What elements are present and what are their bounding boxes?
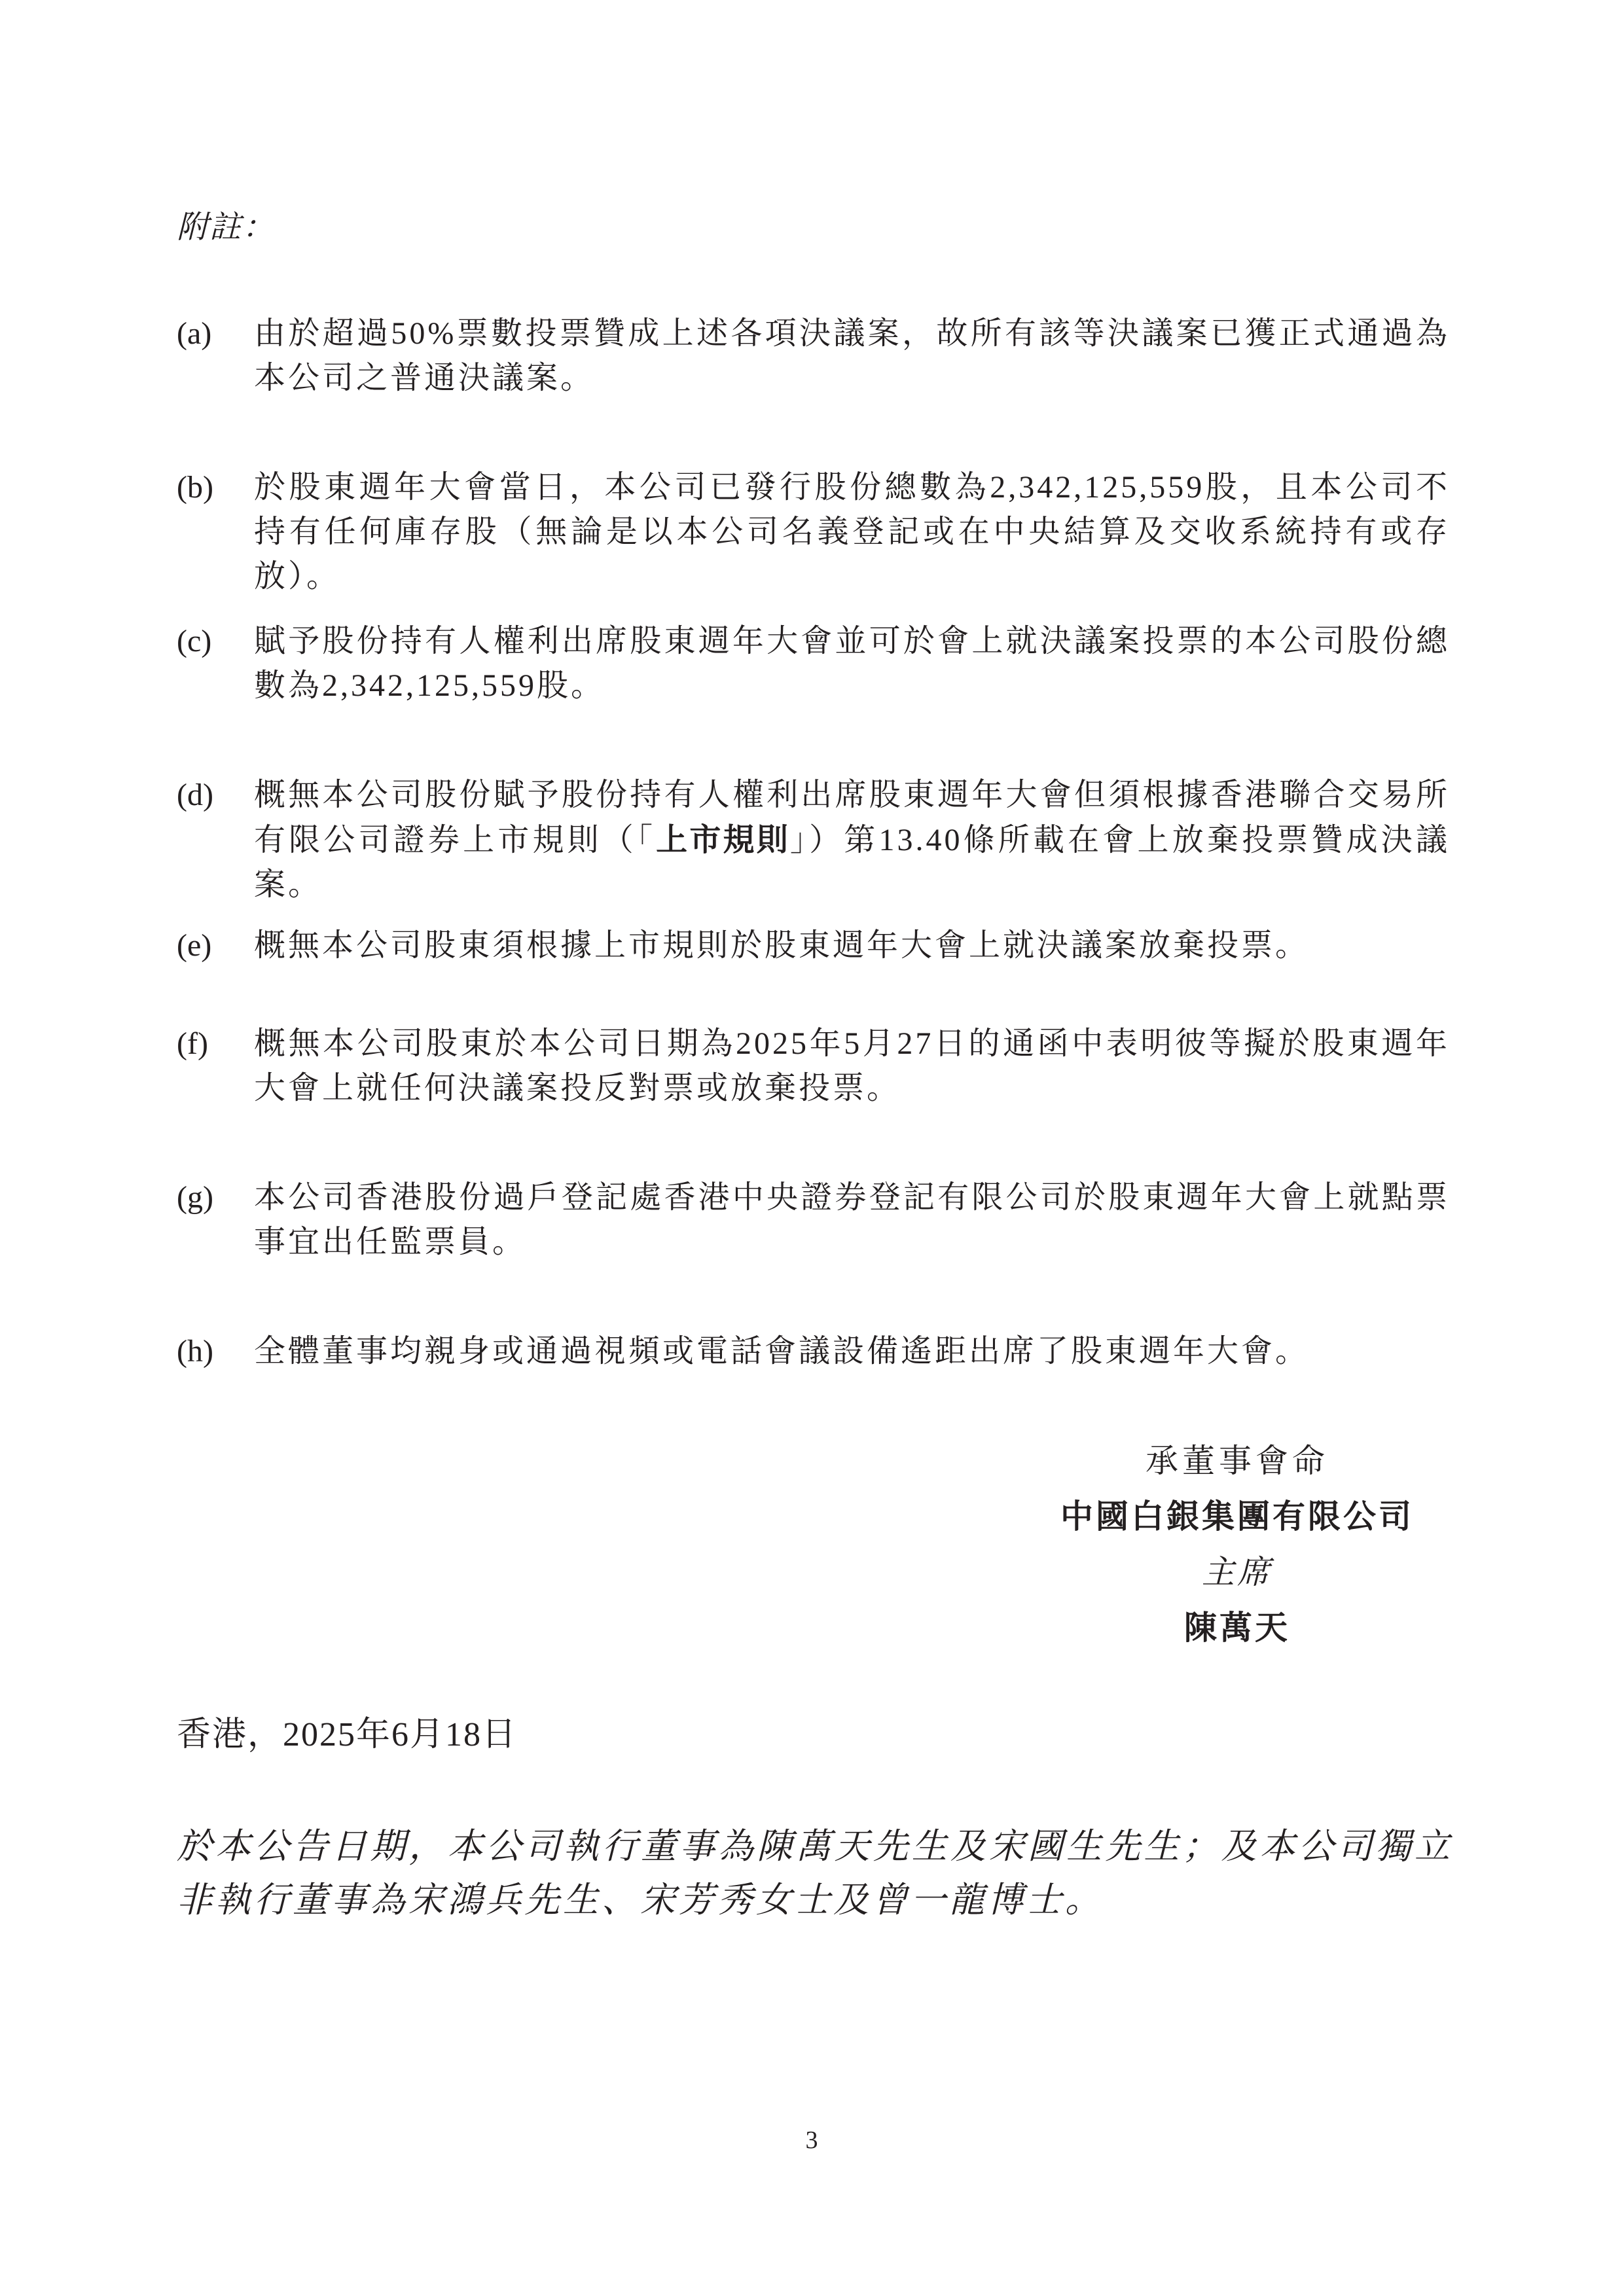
signature-company: 中國白銀集團有限公司 (1021, 1489, 1453, 1545)
note-label: (a) (177, 312, 249, 356)
note-label: (h) (177, 1329, 249, 1374)
signature-block: 承董事會命 中國白銀集團有限公司 主席 陳萬天 (1021, 1433, 1453, 1656)
note-label: (d) (177, 773, 249, 817)
signature-by-order: 承董事會命 (1021, 1433, 1453, 1489)
note-text: 全體董事均親身或通過視頻或電話會議設備遙距出席了股東週年大會。 (254, 1329, 1450, 1374)
note-item-f: (f) 概無本公司股東於本公司日期為2025年5月27日的通函中表明彼等擬於股東… (177, 1022, 1450, 1111)
defined-term-listing-rules: 上市規則 (656, 821, 790, 858)
note-text: 賦予股份持有人權利出席股東週年大會並可於會上就決議案投票的本公司股份總數為2,3… (254, 619, 1450, 708)
note-item-g: (g) 本公司香港股份過戶登記處香港中央證券登記有限公司於股東週年大會上就點票事… (177, 1175, 1450, 1265)
note-item-b: (b) 於股東週年大會當日，本公司已發行股份總數為2,342,125,559股，… (177, 465, 1450, 599)
note-text: 由於超過50%票數投票贊成上述各項決議案，故所有該等決議案已獲正式通過為本公司之… (254, 312, 1450, 401)
note-item-e: (e) 概無本公司股東須根據上市規則於股東週年大會上就決議案放棄投票。 (177, 924, 1450, 968)
notes-heading: 附註： (177, 208, 275, 247)
note-label: (g) (177, 1175, 249, 1220)
signature-name: 陳萬天 (1021, 1600, 1453, 1656)
place-date: 香港，2025年6月18日 (177, 1713, 517, 1757)
note-text: 概無本公司股份賦予股份持有人權利出席股東週年大會但須根據香港聯合交易所有限公司證… (254, 773, 1450, 907)
note-label: (f) (177, 1022, 249, 1066)
note-label: (e) (177, 924, 249, 968)
note-item-d: (d) 概無本公司股份賦予股份持有人權利出席股東週年大會但須根據香港聯合交易所有… (177, 773, 1450, 907)
signature-role: 主席 (1021, 1545, 1453, 1600)
note-label: (c) (177, 619, 249, 664)
note-text: 於股東週年大會當日，本公司已發行股份總數為2,342,125,559股，且本公司… (254, 465, 1450, 599)
note-text: 本公司香港股份過戶登記處香港中央證券登記有限公司於股東週年大會上就點票事宜出任監… (254, 1175, 1450, 1265)
note-item-h: (h) 全體董事均親身或通過視頻或電話會議設備遙距出席了股東週年大會。 (177, 1329, 1450, 1374)
page-number: 3 (779, 2124, 844, 2157)
note-text: 概無本公司股東須根據上市規則於股東週年大會上就決議案放棄投票。 (254, 924, 1450, 968)
note-item-c: (c) 賦予股份持有人權利出席股東週年大會並可於會上就決議案投票的本公司股份總數… (177, 619, 1450, 708)
note-item-a: (a) 由於超過50%票數投票贊成上述各項決議案，故所有該等決議案已獲正式通過為… (177, 312, 1450, 401)
board-composition-note: 於本公告日期，本公司執行董事為陳萬天先生及宋國生先生；及本公司獨立非執行董事為宋… (177, 1820, 1453, 1927)
note-text: 概無本公司股東於本公司日期為2025年5月27日的通函中表明彼等擬於股東週年大會… (254, 1022, 1450, 1111)
note-label: (b) (177, 465, 249, 510)
